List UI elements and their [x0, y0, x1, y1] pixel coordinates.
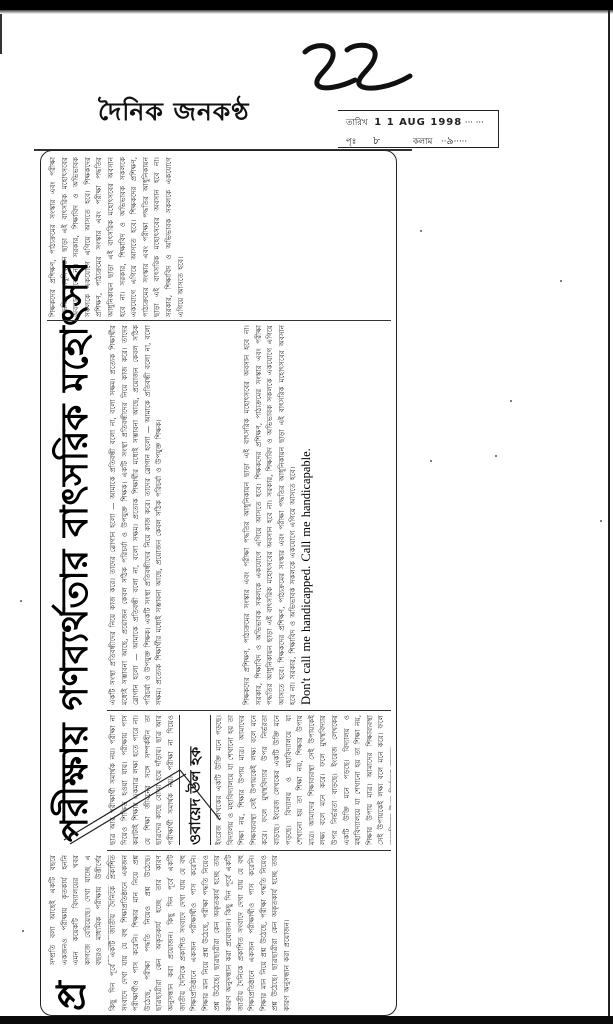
scan-top-band — [0, 0, 613, 10]
stamp-date-row: তারিখ 1 1 AUG 1998 ··· ··· — [346, 116, 484, 130]
column-divider — [47, 320, 391, 321]
article-rotated-content: প্র সম্প্রতি বলা আছেই একটি বছরে একজনও পর… — [41, 151, 397, 1016]
article-column-3b: শিক্ষকদের প্রশিক্ষণ, পাঠ্যক্রমের সংস্কার… — [241, 325, 391, 705]
article-column-1b: কিছু দিন পূর্বে একটি জাতীয় দৈনিকে প্রকা… — [107, 855, 391, 1011]
article-column-2b-text: ইংরেজ লেখকের একটি উক্তি মনে পড়ছে। বিদ্য… — [214, 715, 391, 845]
stamp-date-label: তারিখ — [346, 118, 368, 128]
article-column-3a: একটি সংস্থা প্রতিবন্ধীদের নিয়ে কাজ করে।… — [107, 325, 237, 705]
date-stamp: তারিখ 1 1 AUG 1998 ··· ··· পৃঃ ৮ কলাম ··… — [338, 110, 499, 148]
column-divider — [107, 850, 391, 851]
stamp-column-value: ৯ — [446, 134, 453, 147]
scan-left-edge — [0, 14, 2, 54]
article-column-3b-text: শিক্ষকদের প্রশিক্ষণ, পাঠ্যক্রমের সংস্কার… — [242, 325, 297, 705]
column-divider — [107, 710, 391, 711]
article-column-2b: ইংরেজ লেখকের একটি উক্তি মনে পড়ছে। বিদ্য… — [213, 715, 391, 845]
handwritten-number — [295, 40, 415, 100]
stamp-date-value: 1 1 AUG 1998 — [374, 117, 462, 128]
english-quote-handicapable: Don't call me handicapped. Call me handi… — [299, 325, 313, 705]
article-clipping: প্র সম্প্রতি বলা আছেই একটি বছরে একজনও পর… — [40, 150, 397, 1016]
stamp-column-label: কলাম — [413, 137, 432, 147]
article-column-4: শিক্ষকদের প্রশিক্ষণ, পাঠ্যক্রমের সংস্কার… — [47, 157, 391, 317]
drop-cap: প্র — [49, 981, 95, 1011]
newspaper-masthead: দৈনিক জনকণ্ঠ — [98, 92, 250, 135]
stamp-page-label: পৃঃ — [346, 137, 356, 147]
scan-top-shadow — [0, 10, 613, 14]
stamp-page-value: ৮ — [373, 134, 380, 147]
scan-right-edge — [608, 10, 610, 1016]
article-column-1a: সম্প্রতি বলা আছেই একটি বছরে একজনও পরীক্ষ… — [47, 855, 109, 965]
scan-bottom-band — [0, 1016, 613, 1024]
pen-mark — [60, 760, 230, 850]
